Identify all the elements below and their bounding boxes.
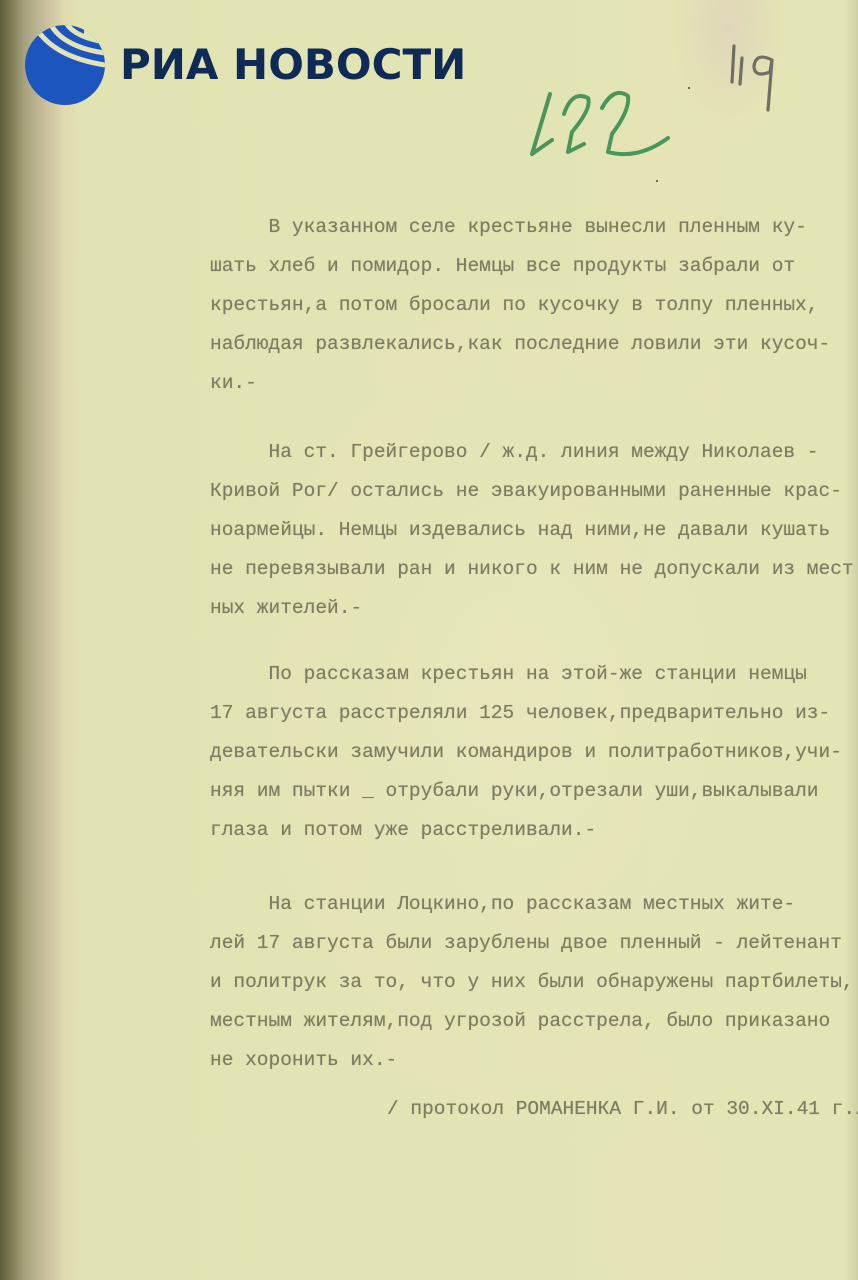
paragraph-greigerovo-station: На ст. Грейгерово / ж.д. линия между Ник…: [210, 433, 850, 628]
paragraph-village-bread: В указанном селе крестьяне вынесли пленн…: [210, 208, 850, 403]
text-line: На ст. Грейгерово / ж.д. линия между Ник…: [210, 433, 850, 472]
archival-document-page: РИА НОВОСТИ В указанном селе крестьяне в…: [0, 0, 858, 1280]
text-line: В указанном селе крестьяне вынесли пленн…: [210, 208, 850, 247]
paragraph-august-17-executions: По рассказам крестьян на этой-же станции…: [210, 655, 850, 850]
text-line: няя им пытки _ отрубали руки,отрезали уш…: [210, 772, 850, 811]
text-line: ноармейцы. Немцы издевались над ними,не …: [210, 511, 850, 550]
ria-novosti-brand-text: РИА НОВОСТИ: [120, 44, 466, 86]
text-line: Кривой Рог/ остались не эвакуированными …: [210, 472, 850, 511]
text-line: лей 17 августа были зарублены двое пленн…: [210, 924, 850, 963]
text-line: По рассказам крестьян на этой-же станции…: [210, 655, 850, 694]
text-line: не перевязывали ран и никого к ним не до…: [210, 550, 850, 589]
ink-dot: [656, 180, 658, 182]
ria-novosti-globe-logo-icon: [24, 24, 106, 106]
text-line: и политрук за то, что у них были обнаруж…: [210, 963, 850, 1002]
text-line: местным жителям,под угрозой расстрела, б…: [210, 1002, 850, 1041]
text-line: шать хлеб и помидор. Немцы все продукты …: [210, 247, 850, 286]
text-line: девательски замучили командиров и политр…: [210, 733, 850, 772]
handwritten-page-number-gray: [728, 38, 788, 118]
text-line: не хоронить их.-: [210, 1041, 850, 1080]
text-line: глаза и потом уже расстреливали.-: [210, 811, 850, 850]
text-line: На станции Лоцкино,по рассказам местных …: [210, 885, 850, 924]
text-line: ных жителей.-: [210, 589, 850, 628]
handwritten-page-number-green: [528, 78, 678, 163]
text-line: наблюдая развлекались,как последние лови…: [210, 325, 850, 364]
ink-dot: [688, 87, 690, 89]
text-line: крестьян,а потом бросали по кусочку в то…: [210, 286, 850, 325]
text-line: ки.-: [210, 364, 850, 403]
ria-novosti-watermark: РИА НОВОСТИ: [24, 24, 466, 106]
text-line: 17 августа расстреляли 125 человек,предв…: [210, 694, 850, 733]
protocol-reference: / протокол РОМАНЕНКА Г.И. от 30.XI.41 г.…: [387, 1090, 858, 1129]
paragraph-lotskino-station: На станции Лоцкино,по рассказам местных …: [210, 885, 850, 1080]
